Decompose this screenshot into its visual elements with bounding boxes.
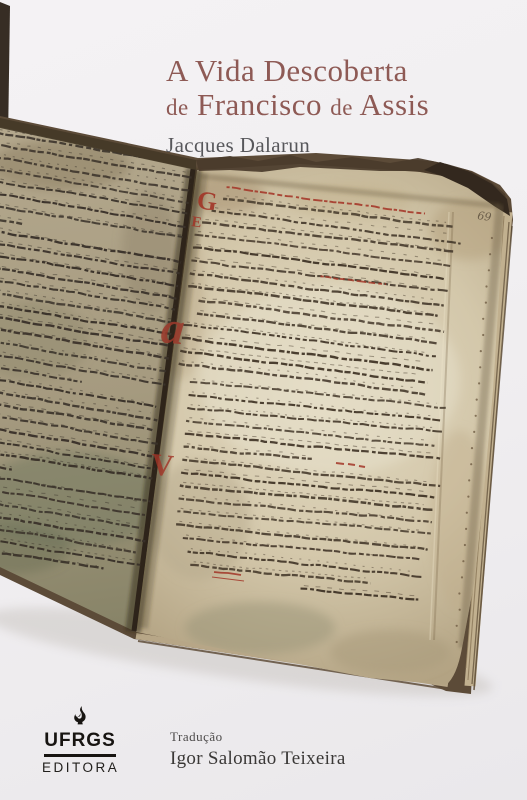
publisher-division: EDITORA (42, 760, 118, 775)
book-cover: G E a V 69 A Vida Descoberta de Francisc… (0, 0, 527, 800)
book-title-line1: A Vida Descoberta (166, 54, 429, 88)
translation-block: Tradução Igor Salomão Teixeira (170, 729, 346, 770)
ufrgs-flame-icon (69, 706, 91, 730)
publisher-name: UFRGS (42, 731, 118, 751)
red-initial-top: G (195, 185, 219, 217)
red-initial-v: V (149, 446, 176, 483)
book-author: Jacques Dalarun (166, 133, 429, 158)
translator-name: Igor Salomão Teixeira (170, 748, 346, 770)
title-block: A Vida Descoberta de Francisco de Assis … (166, 54, 429, 158)
manuscript-page-number: 69 (477, 209, 493, 224)
publisher-logo: UFRGS EDITORA (42, 706, 118, 775)
book-title-line2: de Francisco de Assis (166, 88, 429, 125)
translation-label: Tradução (170, 729, 346, 745)
publisher-rule (44, 754, 116, 757)
